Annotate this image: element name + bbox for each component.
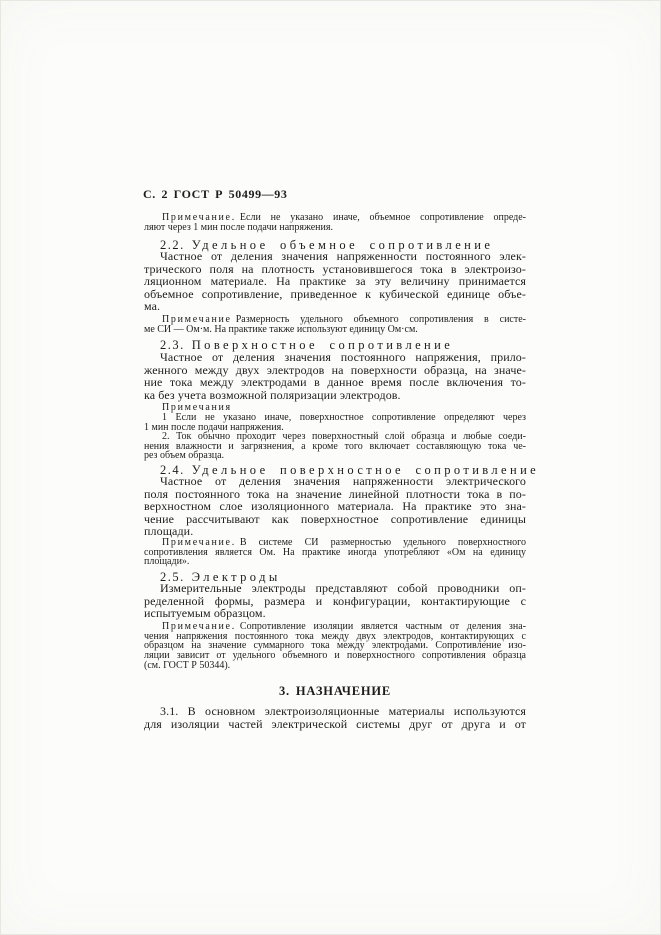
note-2-2: ПримечаниеРазмерность удельного объемног… — [144, 315, 526, 334]
note-line: (см. ГОСТ Р 50344). — [144, 661, 526, 671]
note-line: рез объем образца. — [144, 451, 526, 461]
note-2-5: Примечание.Сопротивление изоляции являет… — [144, 622, 526, 671]
paragraph-line: для изоляции частей электрической систем… — [144, 718, 526, 731]
paragraph-line: верхностном слое изоляционного материала… — [144, 500, 526, 513]
paragraph-line: ляционном материале. На практике за эту … — [144, 275, 526, 288]
note-intro: Примечание.Если не указано иначе, объемн… — [144, 213, 526, 232]
note-line: площади». — [144, 557, 526, 567]
scanned-document-page: { "doc": { "header": "С. 2 ГОСТ Р 50499—… — [0, 0, 661, 935]
paragraph-2-4: Частное от деления значения напряженност… — [144, 475, 526, 538]
chapter-heading-3: 3. НАЗНАЧЕНИЕ — [144, 684, 526, 699]
paragraph-line: Частное от деления значения напряженност… — [144, 475, 526, 488]
paragraph-2-2: Частное от деления значения напряженност… — [144, 250, 526, 313]
note-line: сопротивления является Ом. На практике и… — [144, 548, 526, 558]
paragraph-line: ка без учета возможной поляризации элект… — [144, 389, 526, 402]
paragraph-line: чение рассчитывают как поверхностное соп… — [144, 513, 526, 526]
paragraph-2-5: Измерительные электроды представляют соб… — [144, 582, 526, 620]
note-line: ме СИ — Ом·м. На практике также использу… — [144, 325, 526, 335]
paragraph-line: 3.1. В основном электроизоляционные мате… — [144, 705, 526, 718]
paragraph-2-3: Частное от деления значения постоянного … — [144, 351, 526, 401]
paragraph-line: Частное от деления значения постоянного … — [144, 351, 526, 364]
note-2-3-item-1: 1 Если не указано иначе, поверхностное с… — [144, 413, 526, 432]
note-2-4: Примечание.В системе СИ размерностью уде… — [144, 538, 526, 567]
paragraph-line: объемное сопротивление, приведенное к ку… — [144, 288, 526, 301]
paragraph-line: испытуемым образцом. — [144, 607, 526, 620]
paragraph-3-1: 3.1. В основном электроизоляционные мате… — [144, 705, 526, 730]
paragraph-line: ма. — [144, 300, 526, 313]
paragraph-line: Измерительные электроды представляют соб… — [144, 582, 526, 595]
page-header: С. 2 ГОСТ Р 50499—93 — [143, 187, 525, 202]
note-2-3-item-2: 2. Ток обычно проходит через поверхностн… — [144, 432, 526, 461]
note-line: ляют через 1 мин после подачи напряжения… — [144, 223, 526, 233]
paragraph-line: ние тока между электродами в данное врем… — [144, 376, 526, 389]
paragraph-line: Частное от деления значения напряженност… — [144, 250, 526, 263]
